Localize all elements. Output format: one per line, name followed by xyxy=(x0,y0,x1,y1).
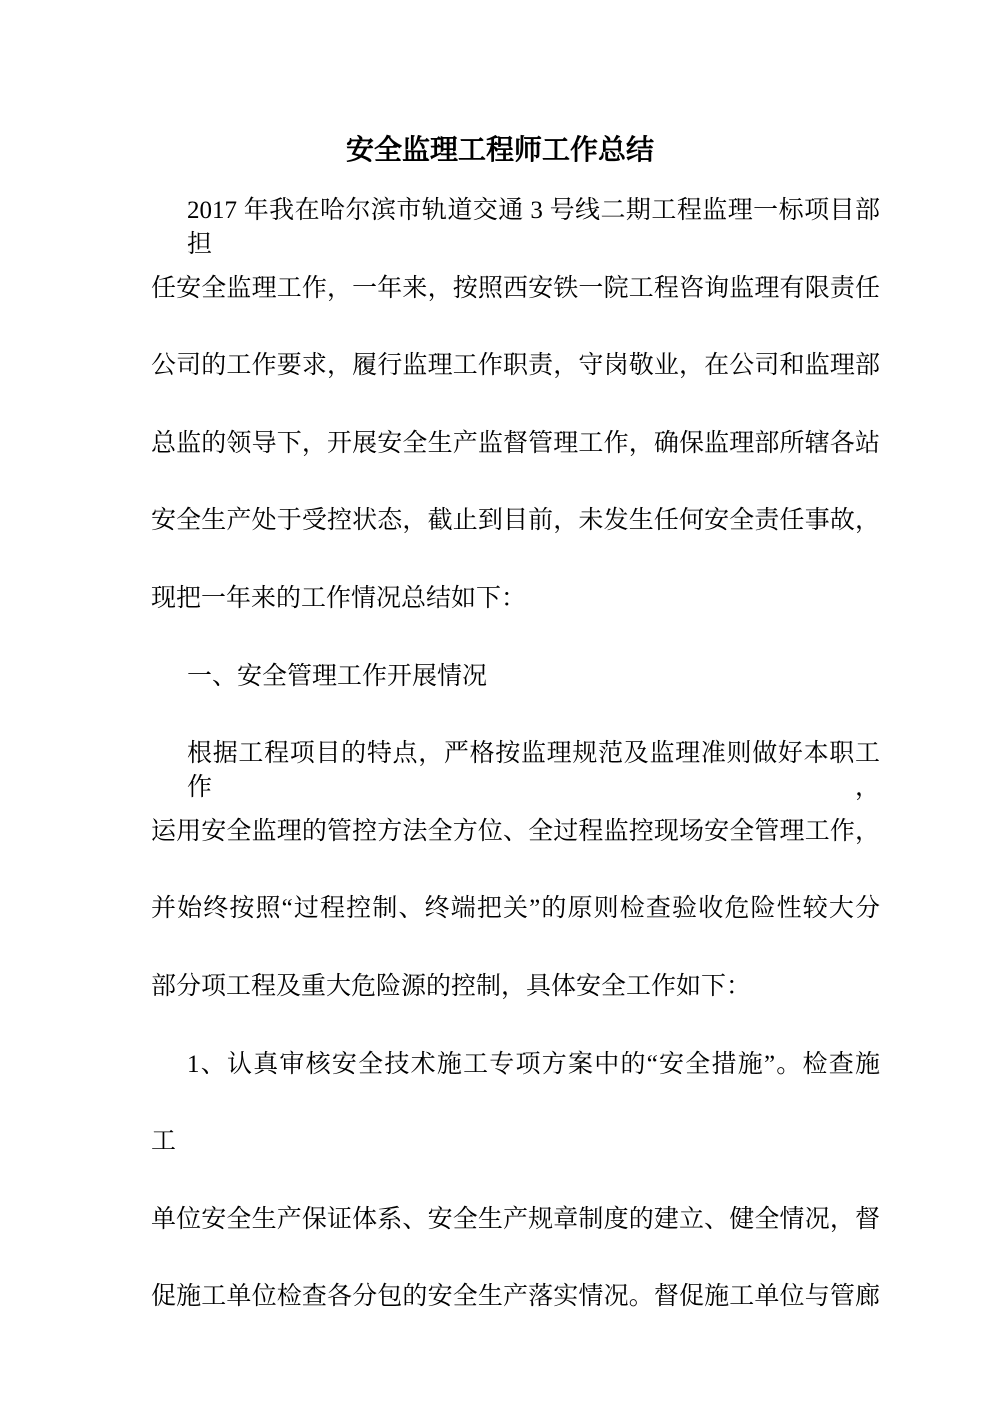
paragraph-line: 任安全监理工作，一年来，按照西安铁一院工程咨询监理有限责任 xyxy=(151,272,880,350)
paragraph-line: 现把一年来的工作情况总结如下： xyxy=(151,582,880,660)
paragraph-line: 总监的领导下，开展安全生产监督管理工作，确保监理部所辖各站 xyxy=(151,427,880,505)
section-heading: 一、安全管理工作开展情况 xyxy=(151,660,880,738)
document-title: 安全监理工程师工作总结 xyxy=(0,131,1000,171)
paragraph-line: 2017 年我在哈尔滨市轨道交通 3 号线二期工程监理一标项目部担 xyxy=(151,194,880,272)
paragraph-line: 安全生产处于受控状态，截止到目前，未发生任何安全责任事故， xyxy=(151,504,880,582)
document-page: 安全监理工程师工作总结 2017 年我在哈尔滨市轨道交通 3 号线二期工程监理一… xyxy=(0,0,1000,1415)
paragraph-line: 根据工程项目的特点，严格按监理规范及监理准则做好本职工作， xyxy=(151,737,880,815)
paragraph-line: 工 xyxy=(151,1125,880,1203)
paragraph-line: 单位安全生产保证体系、安全生产规章制度的建立、健全情况，督 xyxy=(151,1203,880,1281)
paragraph-line: 公司的工作要求，履行监理工作职责，守岗敬业，在公司和监理部 xyxy=(151,349,880,427)
paragraph-line: 并始终按照“过程控制、终端把关”的原则检查验收危险性较大分 xyxy=(151,892,880,970)
paragraph-line: 运用安全监理的管控方法全方位、全过程监控现场安全管理工作， xyxy=(151,815,880,893)
paragraph-line: 促施工单位检查各分包的安全生产落实情况。督促施工单位与管廊 xyxy=(151,1280,880,1358)
paragraph-line: 部分项工程及重大危险源的控制，具体安全工作如下： xyxy=(151,970,880,1048)
paragraph-line: 1、认真审核安全技术施工专项方案中的“安全措施”。检查施 xyxy=(151,1048,880,1126)
document-body: 2017 年我在哈尔滨市轨道交通 3 号线二期工程监理一标项目部担 任安全监理工… xyxy=(151,194,880,1358)
